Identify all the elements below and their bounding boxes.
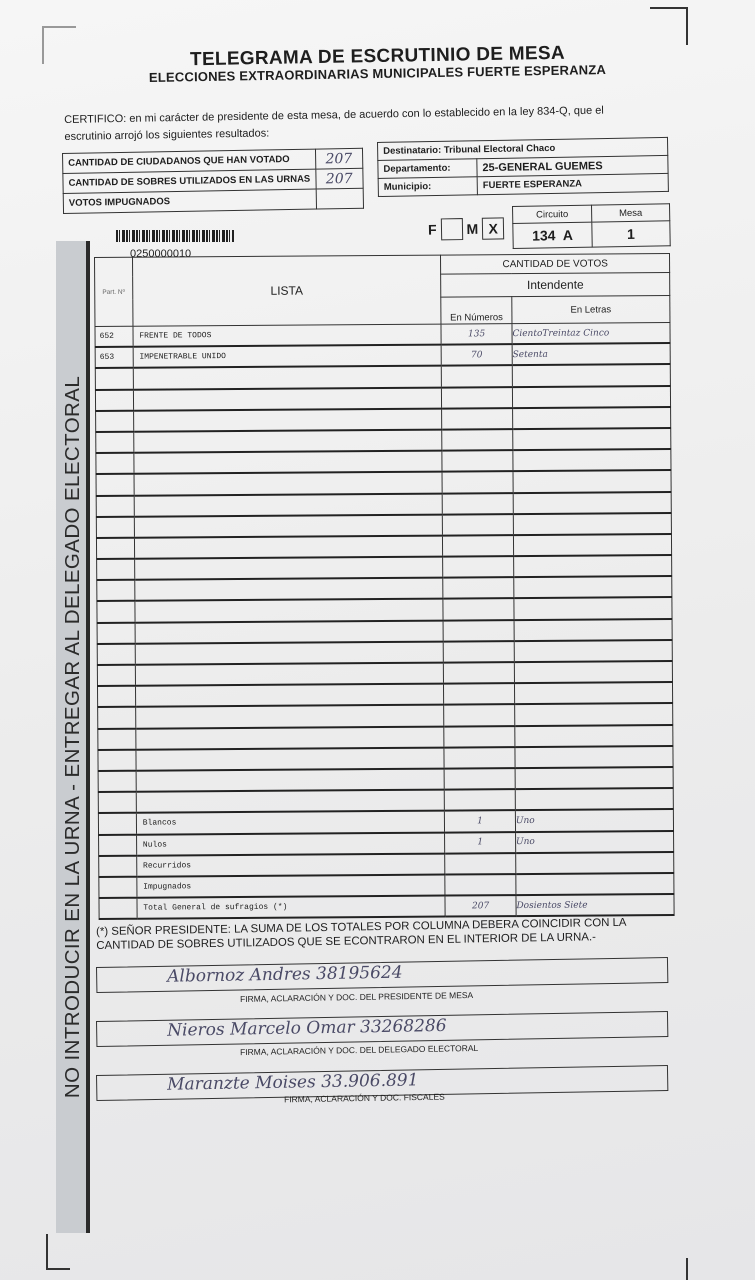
votes-letters-field[interactable] xyxy=(512,386,670,408)
col-letras-header: En Letras xyxy=(512,295,670,323)
municipio-value: FUERTE ESPERANZA xyxy=(477,173,668,194)
summary-value[interactable]: 207 xyxy=(315,148,362,169)
party-number xyxy=(96,474,134,495)
party-number xyxy=(95,389,133,410)
f-label: F xyxy=(428,222,437,238)
party-number xyxy=(98,707,136,728)
party-list-name xyxy=(134,514,443,537)
votes-numbers-field[interactable] xyxy=(443,577,514,599)
party-number xyxy=(96,432,134,453)
party-number xyxy=(98,728,136,749)
party-list-name xyxy=(134,535,443,558)
party-number: 653 xyxy=(95,347,133,368)
votes-numbers-field[interactable] xyxy=(444,747,515,769)
recipient-box: Destinatario: Tribunal Electoral Chaco D… xyxy=(377,137,669,197)
votes-letters-field[interactable] xyxy=(514,619,672,641)
party-number xyxy=(96,495,134,516)
signature-label: FIRMA, ACLARACIÓN Y DOC. FISCALES xyxy=(284,1092,445,1105)
party-list-name xyxy=(134,451,443,474)
corner-mark-top-right xyxy=(650,7,688,45)
party-list-name xyxy=(135,663,444,686)
party-number xyxy=(97,686,135,707)
totals-letters-field[interactable]: Uno xyxy=(515,809,673,831)
signature-handwriting: Albornoz Andres 38195624 xyxy=(167,963,403,987)
departamento-label: Departamento: xyxy=(378,159,477,179)
signature-president[interactable]: Albornoz Andres 38195624 xyxy=(96,957,668,993)
col-intendente-header: Intendente xyxy=(441,272,670,297)
signature-label: FIRMA, ACLARACIÓN Y DOC. DEL PRESIDENTE … xyxy=(240,990,473,1004)
votes-numbers-field[interactable] xyxy=(442,429,513,451)
totals-letters-field[interactable]: Uno xyxy=(515,830,673,852)
votes-letters-field[interactable] xyxy=(514,555,672,577)
party-number xyxy=(98,771,136,792)
mesa-label: Mesa xyxy=(591,204,669,222)
votes-numbers-field[interactable] xyxy=(443,641,514,663)
totals-spacer xyxy=(99,898,137,919)
votes-numbers-field[interactable]: 70 xyxy=(441,344,512,366)
votes-letters-field[interactable] xyxy=(513,534,671,556)
president-note: (*) SEÑOR PRESIDENTE: LA SUMA DE LOS TOT… xyxy=(96,915,676,953)
totals-numbers-field[interactable]: 1 xyxy=(445,810,516,832)
votes-numbers-field[interactable] xyxy=(443,535,514,557)
votes-numbers-field[interactable] xyxy=(443,556,514,578)
party-list-name xyxy=(136,790,445,813)
party-number xyxy=(97,580,135,601)
party-number: 652 xyxy=(95,326,133,347)
votes-letters-field[interactable] xyxy=(512,407,670,429)
party-list-name xyxy=(133,408,442,431)
votes-letters-field[interactable] xyxy=(515,725,673,747)
votes-numbers-field[interactable] xyxy=(444,789,515,811)
totals-letters-field[interactable]: Dosientos Siete xyxy=(516,894,674,916)
party-number xyxy=(96,453,134,474)
votes-numbers-field[interactable] xyxy=(442,471,513,493)
party-number xyxy=(96,516,134,537)
votes-letters-field[interactable]: Setenta xyxy=(512,343,670,365)
party-list-name xyxy=(134,430,443,453)
totals-label: Nulos xyxy=(136,832,445,855)
summary-row: VOTOS IMPUGNADOS xyxy=(63,188,363,213)
totals-letters-field[interactable] xyxy=(516,852,674,874)
totals-numbers-field[interactable]: 207 xyxy=(445,895,516,917)
summary-value[interactable] xyxy=(316,188,363,209)
party-list-name xyxy=(135,599,444,622)
votes-letters-field[interactable] xyxy=(513,428,671,450)
signature-delegate[interactable]: Nieros Marcelo Omar 33268286 xyxy=(96,1011,668,1047)
totals-letters-field[interactable] xyxy=(516,873,674,895)
circuito-label: Circuito xyxy=(513,205,592,223)
votes-numbers-field[interactable] xyxy=(442,387,513,409)
votes-letters-field[interactable] xyxy=(515,746,673,768)
party-list-name xyxy=(135,705,444,728)
party-number xyxy=(97,559,135,580)
corner-mark-bottom-right xyxy=(686,1258,688,1280)
votes-letters-field[interactable] xyxy=(514,640,672,662)
party-list-name xyxy=(134,472,443,495)
totals-spacer xyxy=(99,855,137,876)
votes-letters-field[interactable] xyxy=(514,661,672,683)
totals-label: Blancos xyxy=(136,811,445,834)
col-lista-header: LISTA xyxy=(132,255,441,326)
votes-letters-field[interactable] xyxy=(514,576,672,598)
party-list-name xyxy=(135,578,444,601)
party-list-name xyxy=(133,387,442,410)
party-list-name xyxy=(133,366,442,389)
votes-letters-field[interactable] xyxy=(515,767,673,789)
party-list-name xyxy=(136,726,445,749)
votes-letters-field[interactable] xyxy=(513,470,671,492)
votes-numbers-field[interactable] xyxy=(444,726,515,748)
party-number xyxy=(97,622,135,643)
votes-letters-field[interactable] xyxy=(514,597,672,619)
results-table: Part. Nº LISTA CANTIDAD DE VOTOS Intende… xyxy=(94,253,675,920)
votes-letters-field[interactable] xyxy=(515,703,673,725)
summary-value[interactable]: 207 xyxy=(316,168,363,189)
party-list-name: IMPENETRABLE UNIDO xyxy=(133,345,442,368)
party-number xyxy=(96,538,134,559)
votes-numbers-field[interactable] xyxy=(442,450,513,472)
totals-numbers-field[interactable] xyxy=(445,853,516,875)
votes-numbers-field[interactable] xyxy=(442,408,513,430)
totals-spacer xyxy=(99,877,137,898)
barcode xyxy=(116,230,234,242)
sex-selector: F M X xyxy=(428,217,505,240)
votes-numbers-field[interactable] xyxy=(444,662,515,684)
signature-handwriting: Nieros Marcelo Omar 33268286 xyxy=(167,1016,447,1041)
votes-letters-field[interactable] xyxy=(515,788,673,810)
party-number xyxy=(98,792,136,813)
totals-spacer xyxy=(98,813,136,834)
totals-numbers-field[interactable]: 1 xyxy=(445,832,516,854)
party-number xyxy=(98,749,136,770)
signature-handwriting: Maranzte Moises 33.906.891 xyxy=(167,1070,419,1094)
votes-letters-field[interactable] xyxy=(513,449,671,471)
party-list-name xyxy=(134,557,443,580)
signature-label: FIRMA, ACLARACIÓN Y DOC. DEL DELEGADO EL… xyxy=(240,1043,478,1057)
corner-mark-bottom-left xyxy=(46,1234,70,1270)
summary-label: VOTOS IMPUGNADOS xyxy=(63,189,316,213)
party-list-name xyxy=(136,747,445,770)
votes-numbers-field[interactable] xyxy=(444,683,515,705)
circuito-value: 134 A xyxy=(513,222,592,248)
votes-numbers-field[interactable] xyxy=(444,704,515,726)
party-number xyxy=(96,410,134,431)
party-number xyxy=(95,368,133,389)
votes-letters-field[interactable] xyxy=(512,364,670,386)
party-list-name: FRENTE DE TODOS xyxy=(133,324,442,347)
col-numeros-header: En Números xyxy=(441,297,512,324)
votes-letters-field[interactable] xyxy=(514,682,672,704)
mesa-value: 1 xyxy=(592,221,670,247)
votes-numbers-field[interactable] xyxy=(442,365,513,387)
municipio-label: Municipio: xyxy=(378,177,477,197)
party-number xyxy=(97,665,135,686)
party-list-name xyxy=(134,493,443,516)
votes-numbers-field[interactable]: 135 xyxy=(441,324,512,345)
f-checkbox[interactable] xyxy=(440,218,462,240)
m-checkbox[interactable]: X xyxy=(482,217,504,239)
totals-label: Impugnados xyxy=(137,874,446,897)
totals-label: Recurridos xyxy=(136,853,445,876)
party-list-name xyxy=(135,620,444,643)
votes-letters-field[interactable] xyxy=(513,513,671,535)
summary-box: CANTIDAD DE CIUDADANOS QUE HAN VOTADO 20… xyxy=(62,148,364,214)
totals-spacer xyxy=(99,834,137,855)
votes-numbers-field[interactable] xyxy=(443,514,514,536)
m-label: M xyxy=(466,221,478,237)
totals-numbers-field[interactable] xyxy=(445,874,516,896)
party-number xyxy=(97,601,135,622)
col-cantidad-header: CANTIDAD DE VOTOS xyxy=(441,253,670,274)
party-number xyxy=(97,644,135,665)
side-strip-text: NO INTRODUCIR EN LA URNA - ENTREGAR AL D… xyxy=(61,376,85,1098)
totals-label: Total General de sufragios (*) xyxy=(137,896,446,919)
circuito-mesa-box: Circuito Mesa 134 A 1 xyxy=(512,203,671,249)
votes-numbers-field[interactable] xyxy=(443,620,514,642)
votes-numbers-field[interactable] xyxy=(443,599,514,621)
votes-numbers-field[interactable] xyxy=(442,493,513,515)
votes-letters-field[interactable]: CientoTreintaz Cinco xyxy=(512,322,670,344)
votes-numbers-field[interactable] xyxy=(444,768,515,790)
party-list-name xyxy=(135,641,444,664)
party-list-name xyxy=(136,769,445,792)
col-part-header: Part. Nº xyxy=(95,257,133,326)
party-list-name xyxy=(135,684,444,707)
votes-letters-field[interactable] xyxy=(513,491,671,513)
